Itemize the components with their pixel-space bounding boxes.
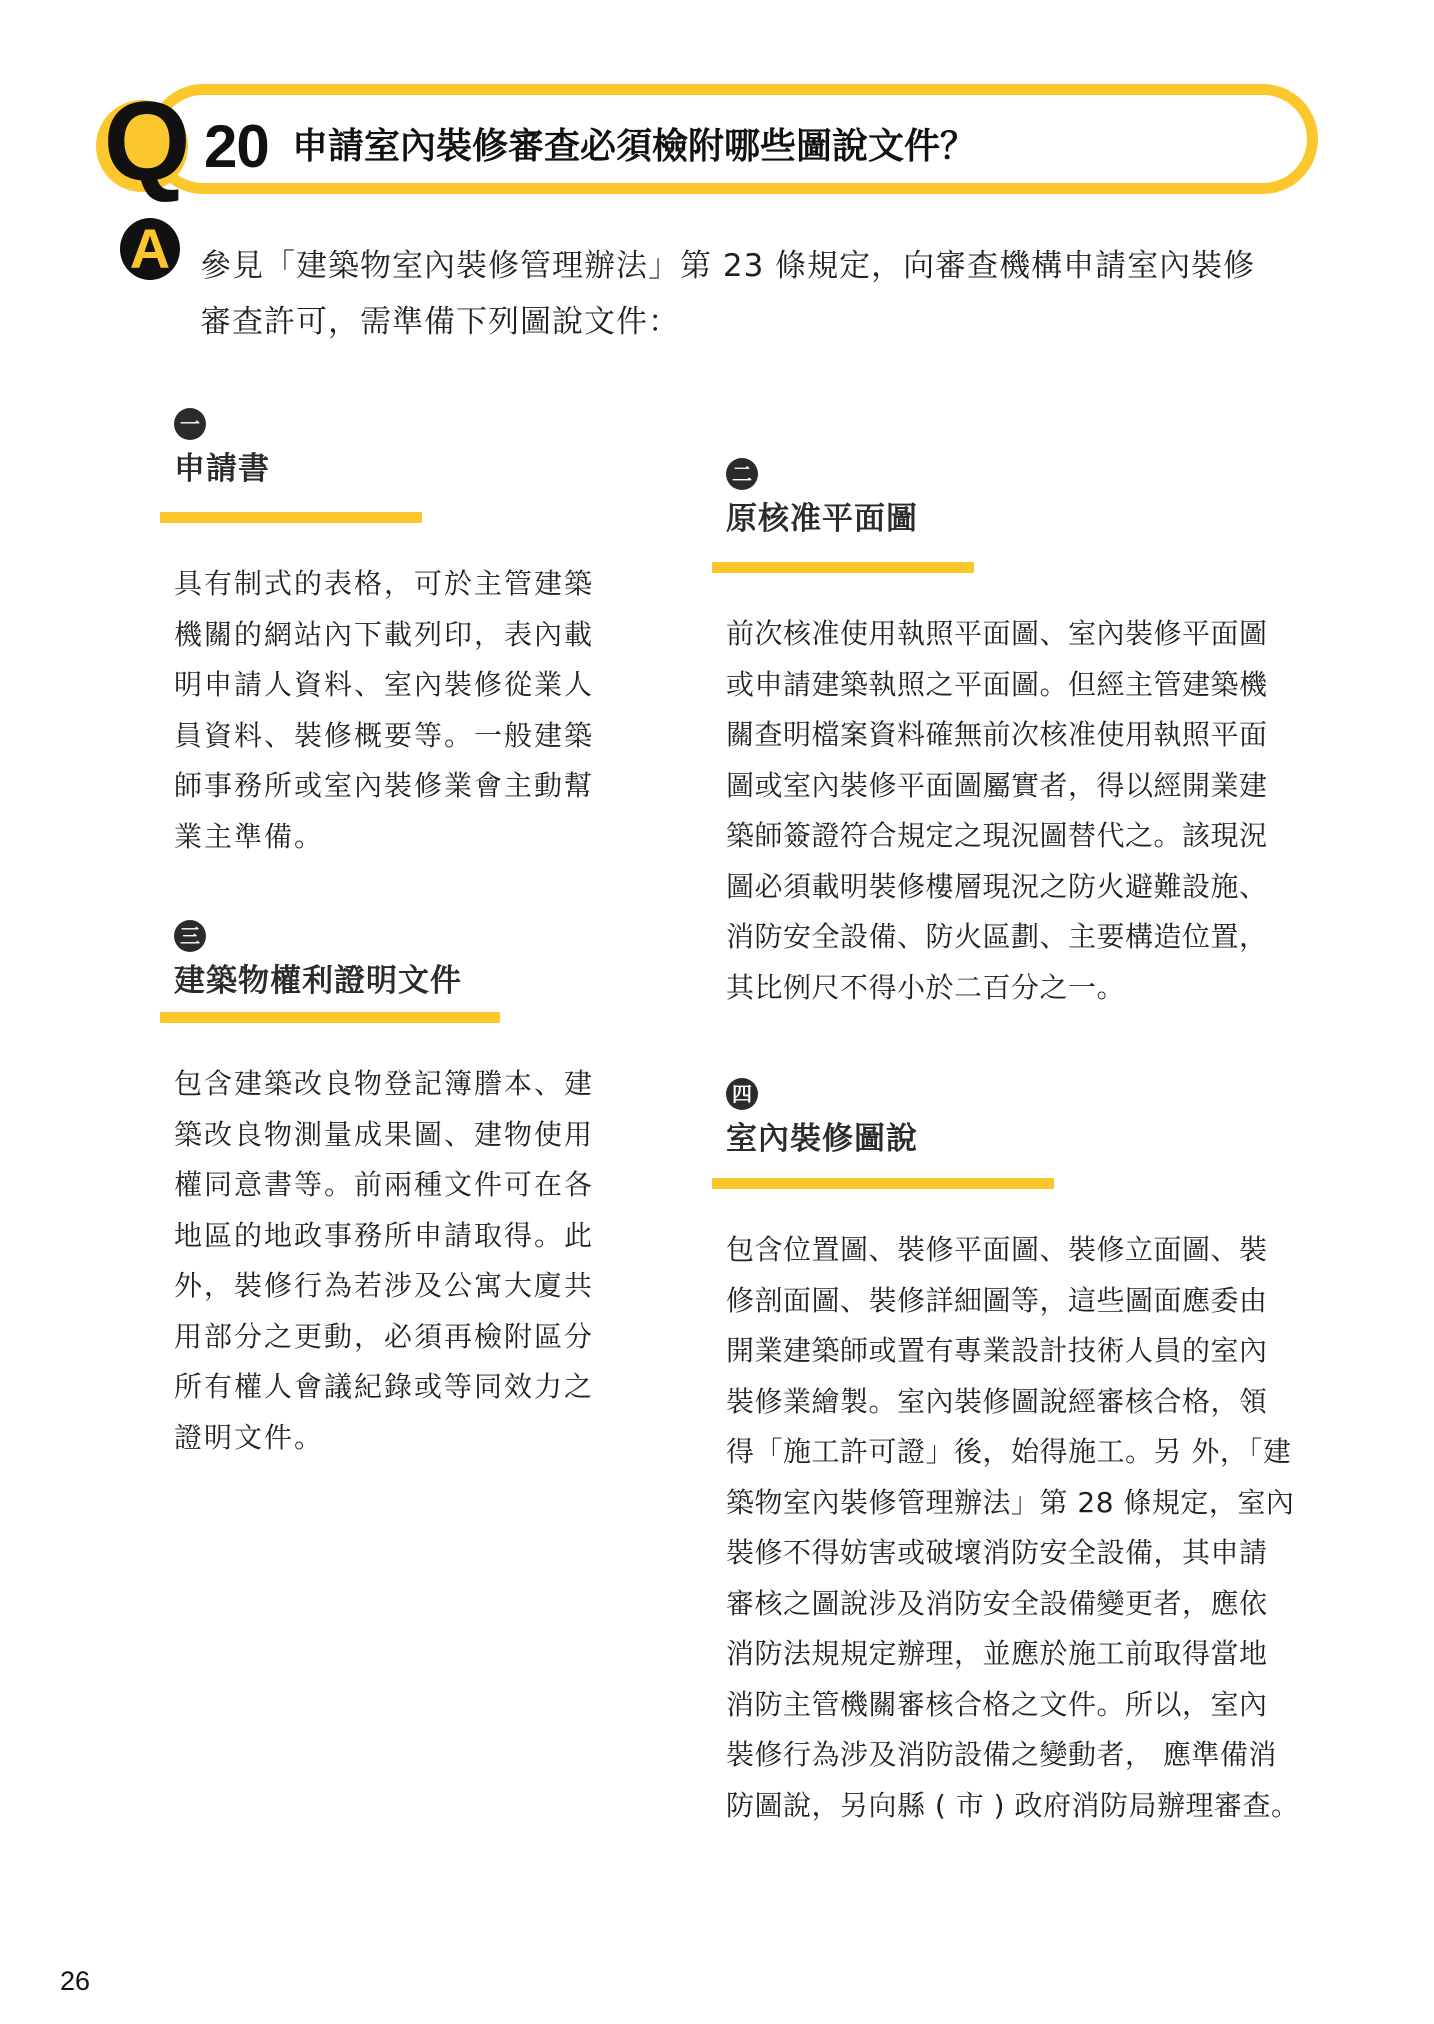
section-building-rights-proof: 三 建築物權利證明文件 包含建築改良物登記簿謄本、建 築改良物測量成果圖、建物使… <box>160 920 640 1463</box>
title-underline <box>712 562 974 573</box>
body-line: 證明文件。 <box>174 1413 640 1464</box>
body-line: 具有制式的表格，可於主管建築 <box>174 559 640 610</box>
body-line: 築改良物測量成果圖、建物使用 <box>174 1110 640 1161</box>
body-line: 得「施工許可證」後，始得施工。另 外，「建 <box>726 1427 1352 1478</box>
body-line: 所有權人會議紀錄或等同效力之 <box>174 1362 640 1413</box>
title-underline <box>160 1012 500 1023</box>
body-line: 員資料、裝修概要等。一般建築 <box>174 711 640 762</box>
body-line: 審核之圖說涉及消防安全設備變更者，應依 <box>726 1579 1352 1630</box>
a-icon: A <box>120 216 180 278</box>
body-line: 裝修業繪製。室內裝修圖說經審核合格，領 <box>726 1377 1352 1428</box>
section-body: 具有制式的表格，可於主管建築 機關的網站內下載列印，表內載 明申請人資料、室內裝… <box>174 559 640 862</box>
section-interior-drawings: 四 室內裝修圖說 包含位置圖、裝修平面圖、裝修立面圖、裝 修剖面圖、裝修詳細圖等… <box>712 1078 1352 1831</box>
section-original-floor-plan: 二 原核准平面圖 前次核准使用執照平面圖、室內裝修平面圖 或申請建築執照之平面圖… <box>712 458 1352 1013</box>
page-number: 26 <box>60 1966 90 1997</box>
question-title: 申請室內裝修審查必須檢附哪些圖說文件？ <box>292 122 976 172</box>
body-line: 消防法規規定辦理，並應於施工前取得當地 <box>726 1629 1352 1680</box>
body-line: 消防安全設備、防火區劃、主要構造位置， <box>726 912 1352 963</box>
section-title: 原核准平面圖 <box>726 498 1352 540</box>
body-line: 防圖說，另向縣 ( 市 ) 政府消防局辦理審查。 <box>726 1781 1352 1832</box>
number-badge-3: 三 <box>174 920 206 952</box>
section-title: 室內裝修圖說 <box>726 1118 1352 1160</box>
answer-intro: 參見「建築物室內裝修管理辦法」第 23 條規定，向審查機構申請室內裝修 審查許可… <box>200 238 1330 350</box>
title-underline <box>712 1178 1054 1189</box>
body-line: 前次核准使用執照平面圖、室內裝修平面圖 <box>726 609 1352 660</box>
body-line: 用部分之更動，必須再檢附區分 <box>174 1312 640 1363</box>
intro-line: 參見「建築物室內裝修管理辦法」第 23 條規定，向審查機構申請室內裝修 <box>200 238 1330 294</box>
number-badge-2: 二 <box>726 458 758 490</box>
number-badge-4: 四 <box>726 1078 758 1110</box>
body-line: 地區的地政事務所申請取得。此 <box>174 1211 640 1262</box>
question-number: 20 <box>204 112 269 182</box>
body-line: 修剖面圖、裝修詳細圖等，這些圖面應委由 <box>726 1276 1352 1327</box>
section-body: 包含建築改良物登記簿謄本、建 築改良物測量成果圖、建物使用 權同意書等。前兩種文… <box>174 1059 640 1463</box>
section-title: 建築物權利證明文件 <box>174 960 640 1002</box>
section-title: 申請書 <box>174 448 640 490</box>
body-line: 關查明檔案資料確無前次核准使用執照平面 <box>726 710 1352 761</box>
body-line: 開業建築師或置有專業設計技術人員的室內 <box>726 1326 1352 1377</box>
body-line: 師事務所或室內裝修業會主動幫 <box>174 761 640 812</box>
body-line: 權同意書等。前兩種文件可在各 <box>174 1160 640 1211</box>
body-line: 其比例尺不得小於二百分之一。 <box>726 963 1352 1014</box>
body-line: 明申請人資料、室內裝修從業人 <box>174 660 640 711</box>
body-line: 機關的網站內下載列印，表內載 <box>174 610 640 661</box>
body-line: 包含位置圖、裝修平面圖、裝修立面圖、裝 <box>726 1225 1352 1276</box>
title-underline <box>160 512 422 523</box>
body-line: 或申請建築執照之平面圖。但經主管建築機 <box>726 660 1352 711</box>
q-icon: Q <box>100 92 192 192</box>
body-line: 業主準備。 <box>174 812 640 863</box>
body-line: 圖或室內裝修平面圖屬實者，得以經開業建 <box>726 761 1352 812</box>
section-application-form: 一 申請書 具有制式的表格，可於主管建築 機關的網站內下載列印，表內載 明申請人… <box>160 408 640 862</box>
body-line: 圖必須載明裝修樓層現況之防火避難設施、 <box>726 862 1352 913</box>
body-line: 裝修不得妨害或破壞消防安全設備，其申請 <box>726 1528 1352 1579</box>
number-badge-1: 一 <box>174 408 206 440</box>
body-line: 包含建築改良物登記簿謄本、建 <box>174 1059 640 1110</box>
body-line: 築師簽證符合規定之現況圖替代之。該現況 <box>726 811 1352 862</box>
body-line: 外，裝修行為若涉及公寓大廈共 <box>174 1261 640 1312</box>
body-line: 築物室內裝修管理辦法」第 28 條規定，室內 <box>726 1478 1352 1529</box>
body-line: 裝修行為涉及消防設備之變動者， 應準備消 <box>726 1730 1352 1781</box>
intro-line: 審查許可，需準備下列圖說文件： <box>200 294 1330 350</box>
body-line: 消防主管機關審核合格之文件。所以，室內 <box>726 1680 1352 1731</box>
section-body: 包含位置圖、裝修平面圖、裝修立面圖、裝 修剖面圖、裝修詳細圖等，這些圖面應委由 … <box>726 1225 1352 1831</box>
section-body: 前次核准使用執照平面圖、室內裝修平面圖 或申請建築執照之平面圖。但經主管建築機 … <box>726 609 1352 1013</box>
